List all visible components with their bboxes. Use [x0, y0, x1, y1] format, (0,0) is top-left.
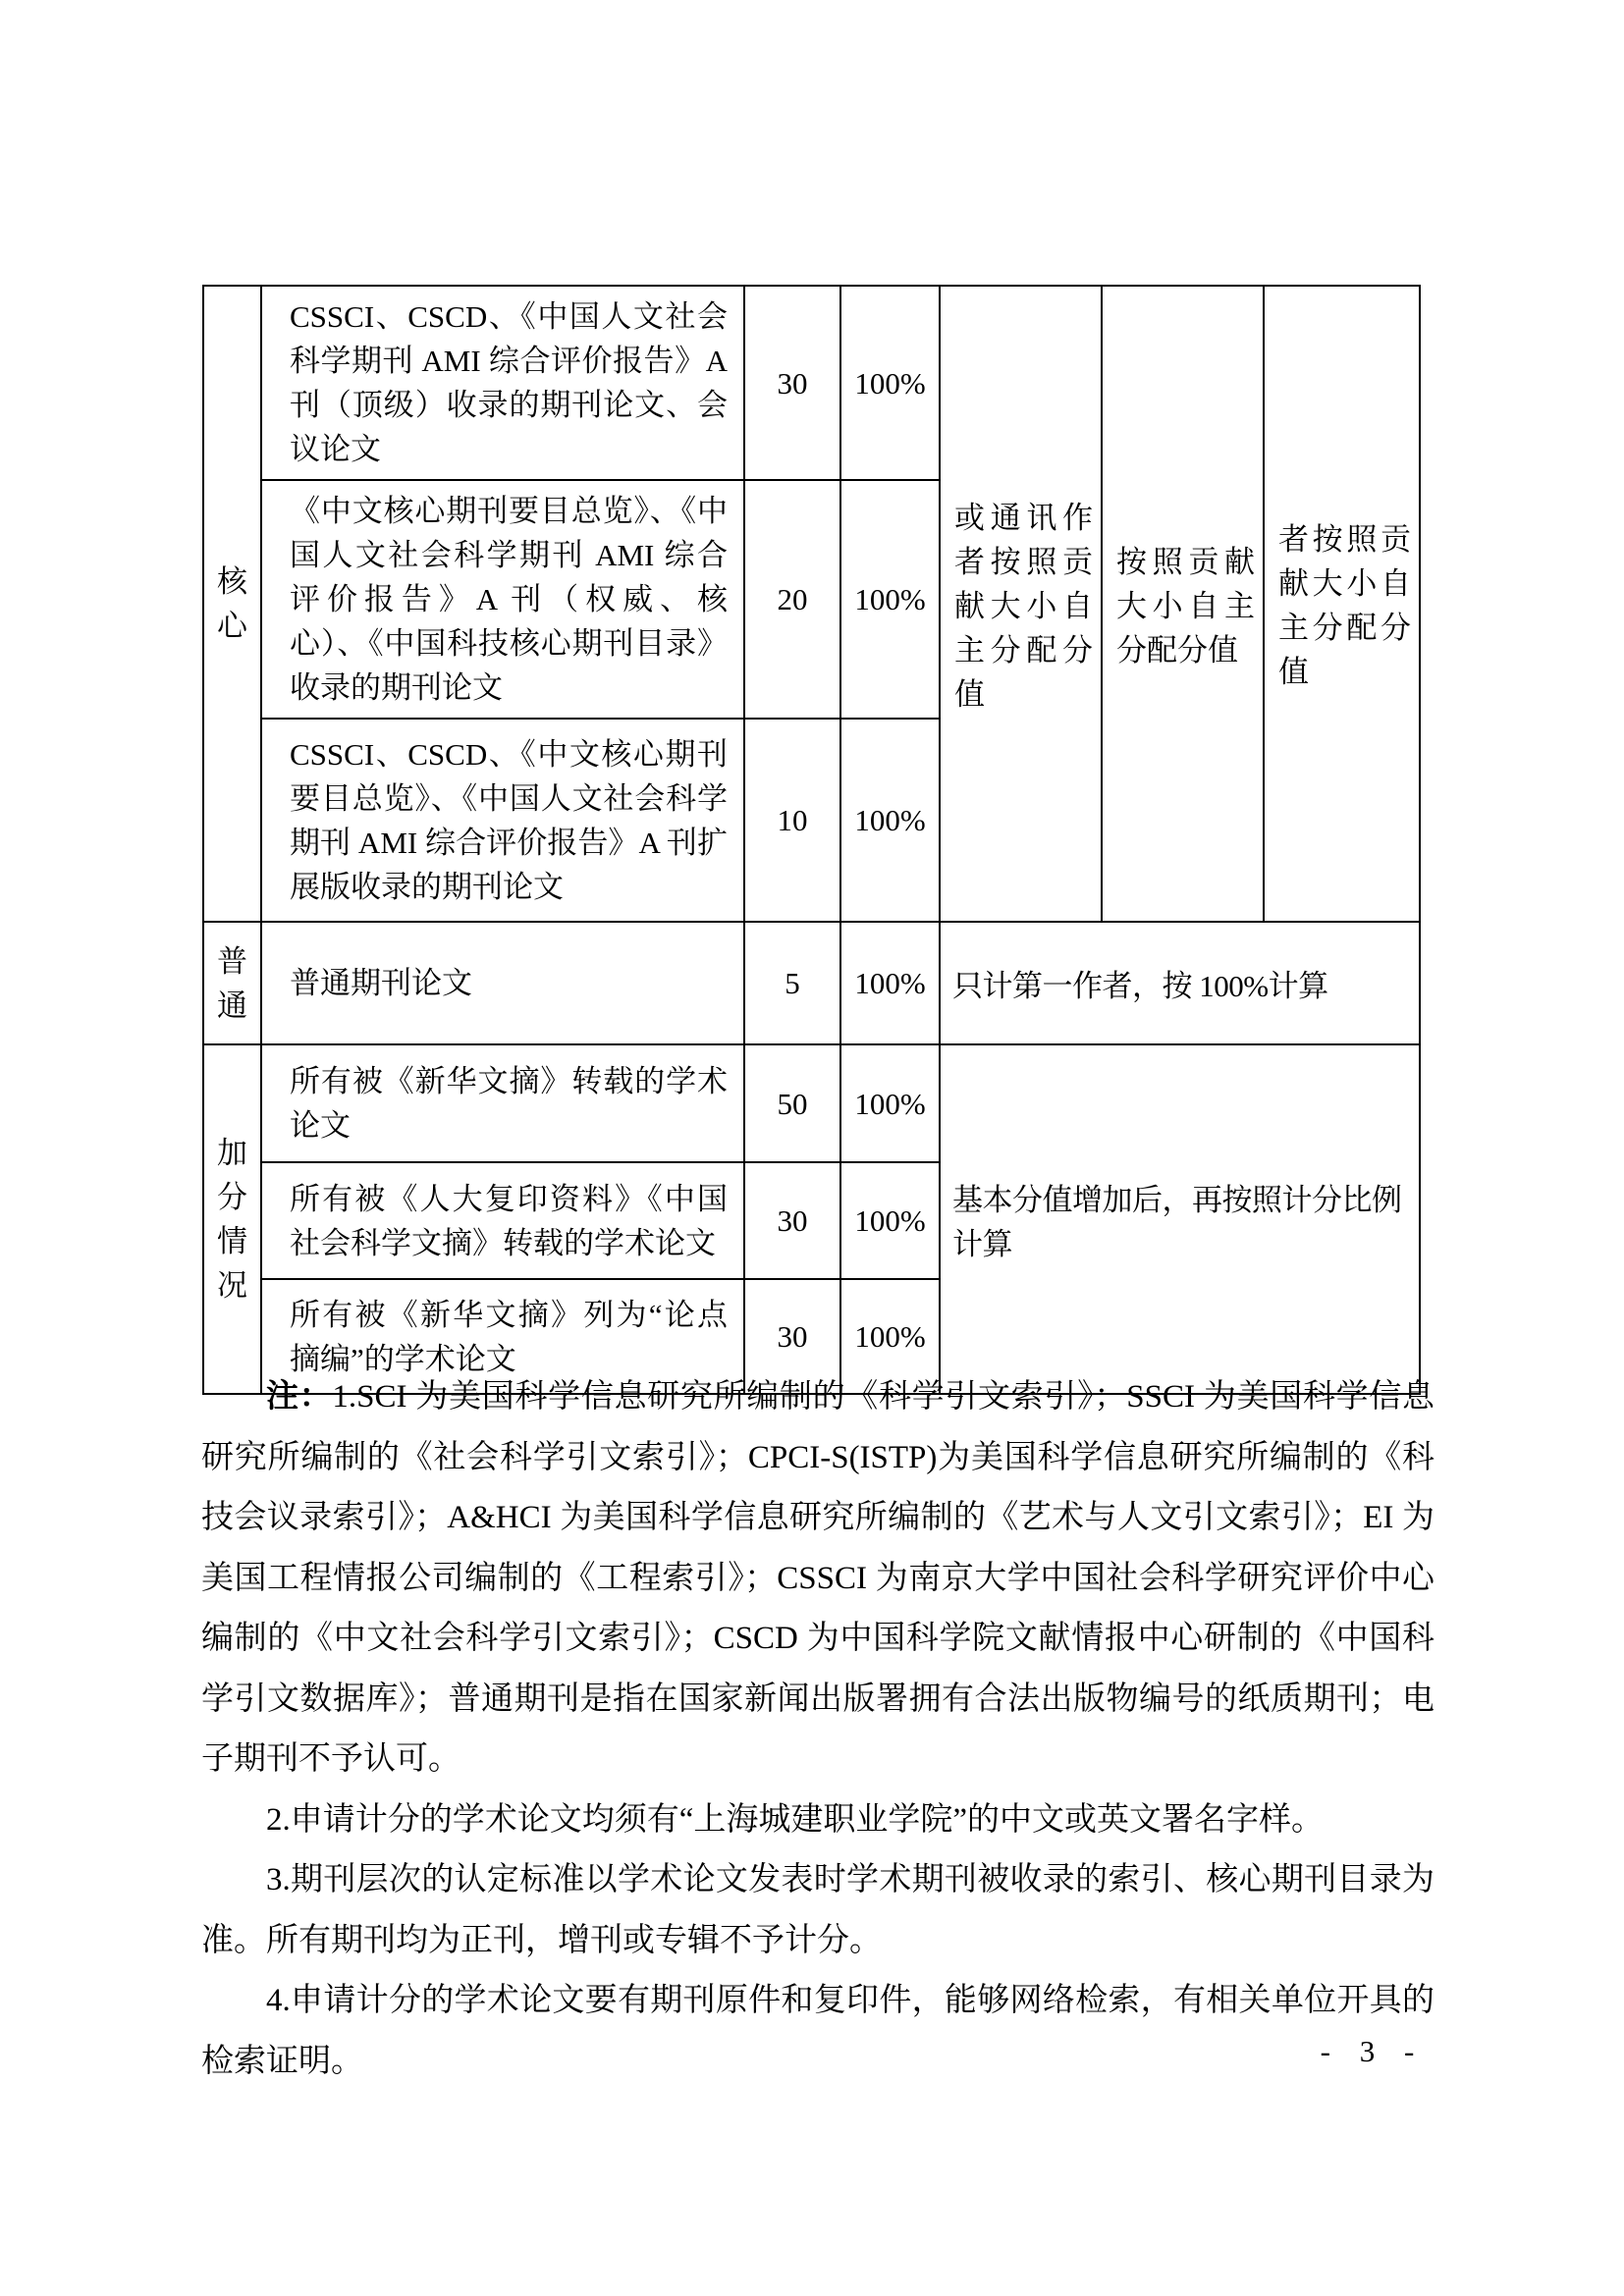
score-cell: 5: [744, 922, 840, 1044]
note-paragraph-3: 3.期刊层次的认定标准以学术论文发表时学术期刊被收录的索引、核心期刊目录为准。所…: [201, 1850, 1435, 1971]
table-row: 普通 普通期刊论文 5 100% 只计第一作者，按 100%计算: [203, 922, 1420, 1044]
paper-type-cell: 普通期刊论文: [261, 922, 744, 1044]
paper-type-cell: 《中文核心期刊要目总览》、《中国人文社会科学期刊 AMI 综合评价报告》A 刊（…: [261, 480, 744, 719]
paper-type-cell: CSSCI、CSCD、《中国人文社会科学期刊 AMI 综合评价报告》A 刊（顶级…: [261, 286, 744, 480]
ratio-cell: 100%: [840, 719, 940, 922]
score-cell: 30: [744, 1162, 840, 1279]
score-cell: 30: [744, 286, 840, 480]
first-author-note-cell: 只计第一作者，按 100%计算: [940, 922, 1420, 1044]
score-cell: 10: [744, 719, 840, 922]
paper-type-cell: 所有被《人大复印资料》《中国社会科学文摘》转载的学术论文: [261, 1162, 744, 1279]
table-row: 核心 CSSCI、CSCD、《中国人文社会科学期刊 AMI 综合评价报告》A 刊…: [203, 286, 1420, 480]
ratio-cell: 100%: [840, 286, 940, 480]
author-allocation-note-cell: 或通讯作者按照贡献大小自主分配分值: [940, 286, 1102, 922]
note-paragraph-4: 4.申请计分的学术论文要有期刊原件和复印件，能够网络检索，有相关单位开具的检索证…: [201, 1971, 1435, 2092]
score-cell: 20: [744, 480, 840, 719]
table-row: 加分情况 所有被《新华文摘》转载的学术论文 50 100% 基本分值增加后，再按…: [203, 1044, 1420, 1162]
contribution-allocation-note-cell-2: 者按照贡献大小自主分配分值: [1264, 286, 1420, 922]
category-bonus-cell: 加分情况: [203, 1044, 261, 1394]
note-text-1: 1.SCI 为美国科学信息研究所编制的《科学引文索引》；SSCI 为美国科学信息…: [201, 1379, 1435, 1777]
document-page: 核心 CSSCI、CSCD、《中国人文社会科学期刊 AMI 综合评价报告》A 刊…: [0, 0, 1624, 2296]
note-label: 注：: [266, 1379, 332, 1415]
contribution-allocation-note-cell: 按照贡献大小自主分配分值: [1102, 286, 1264, 922]
paper-type-cell: 所有被《新华文摘》转载的学术论文: [261, 1044, 744, 1162]
ratio-cell: 100%: [840, 922, 940, 1044]
category-core-cell: 核心: [203, 286, 261, 922]
ratio-cell: 100%: [840, 1044, 940, 1162]
ratio-cell: 100%: [840, 1162, 940, 1279]
ratio-cell: 100%: [840, 480, 940, 719]
paper-type-cell: CSSCI、CSCD、《中文核心期刊要目总览》、《中国人文社会科学期刊 AMI …: [261, 719, 744, 922]
score-cell: 50: [744, 1044, 840, 1162]
category-ordinary-cell: 普通: [203, 922, 261, 1044]
bonus-calc-note-cell: 基本分值增加后，再按照计分比例计算: [940, 1044, 1420, 1394]
note-paragraph-2: 2.申请计分的学术论文均须有“上海城建职业学院”的中文或英文署名字样。: [201, 1790, 1435, 1851]
score-table: 核心 CSSCI、CSCD、《中国人文社会科学期刊 AMI 综合评价报告》A 刊…: [202, 285, 1421, 1395]
page-number: - 3 -: [1282, 2034, 1459, 2069]
note-paragraph-1: 注：1.SCI 为美国科学信息研究所编制的《科学引文索引》；SSCI 为美国科学…: [201, 1367, 1435, 1790]
notes-section: 注：1.SCI 为美国科学信息研究所编制的《科学引文索引》；SSCI 为美国科学…: [201, 1367, 1435, 2092]
